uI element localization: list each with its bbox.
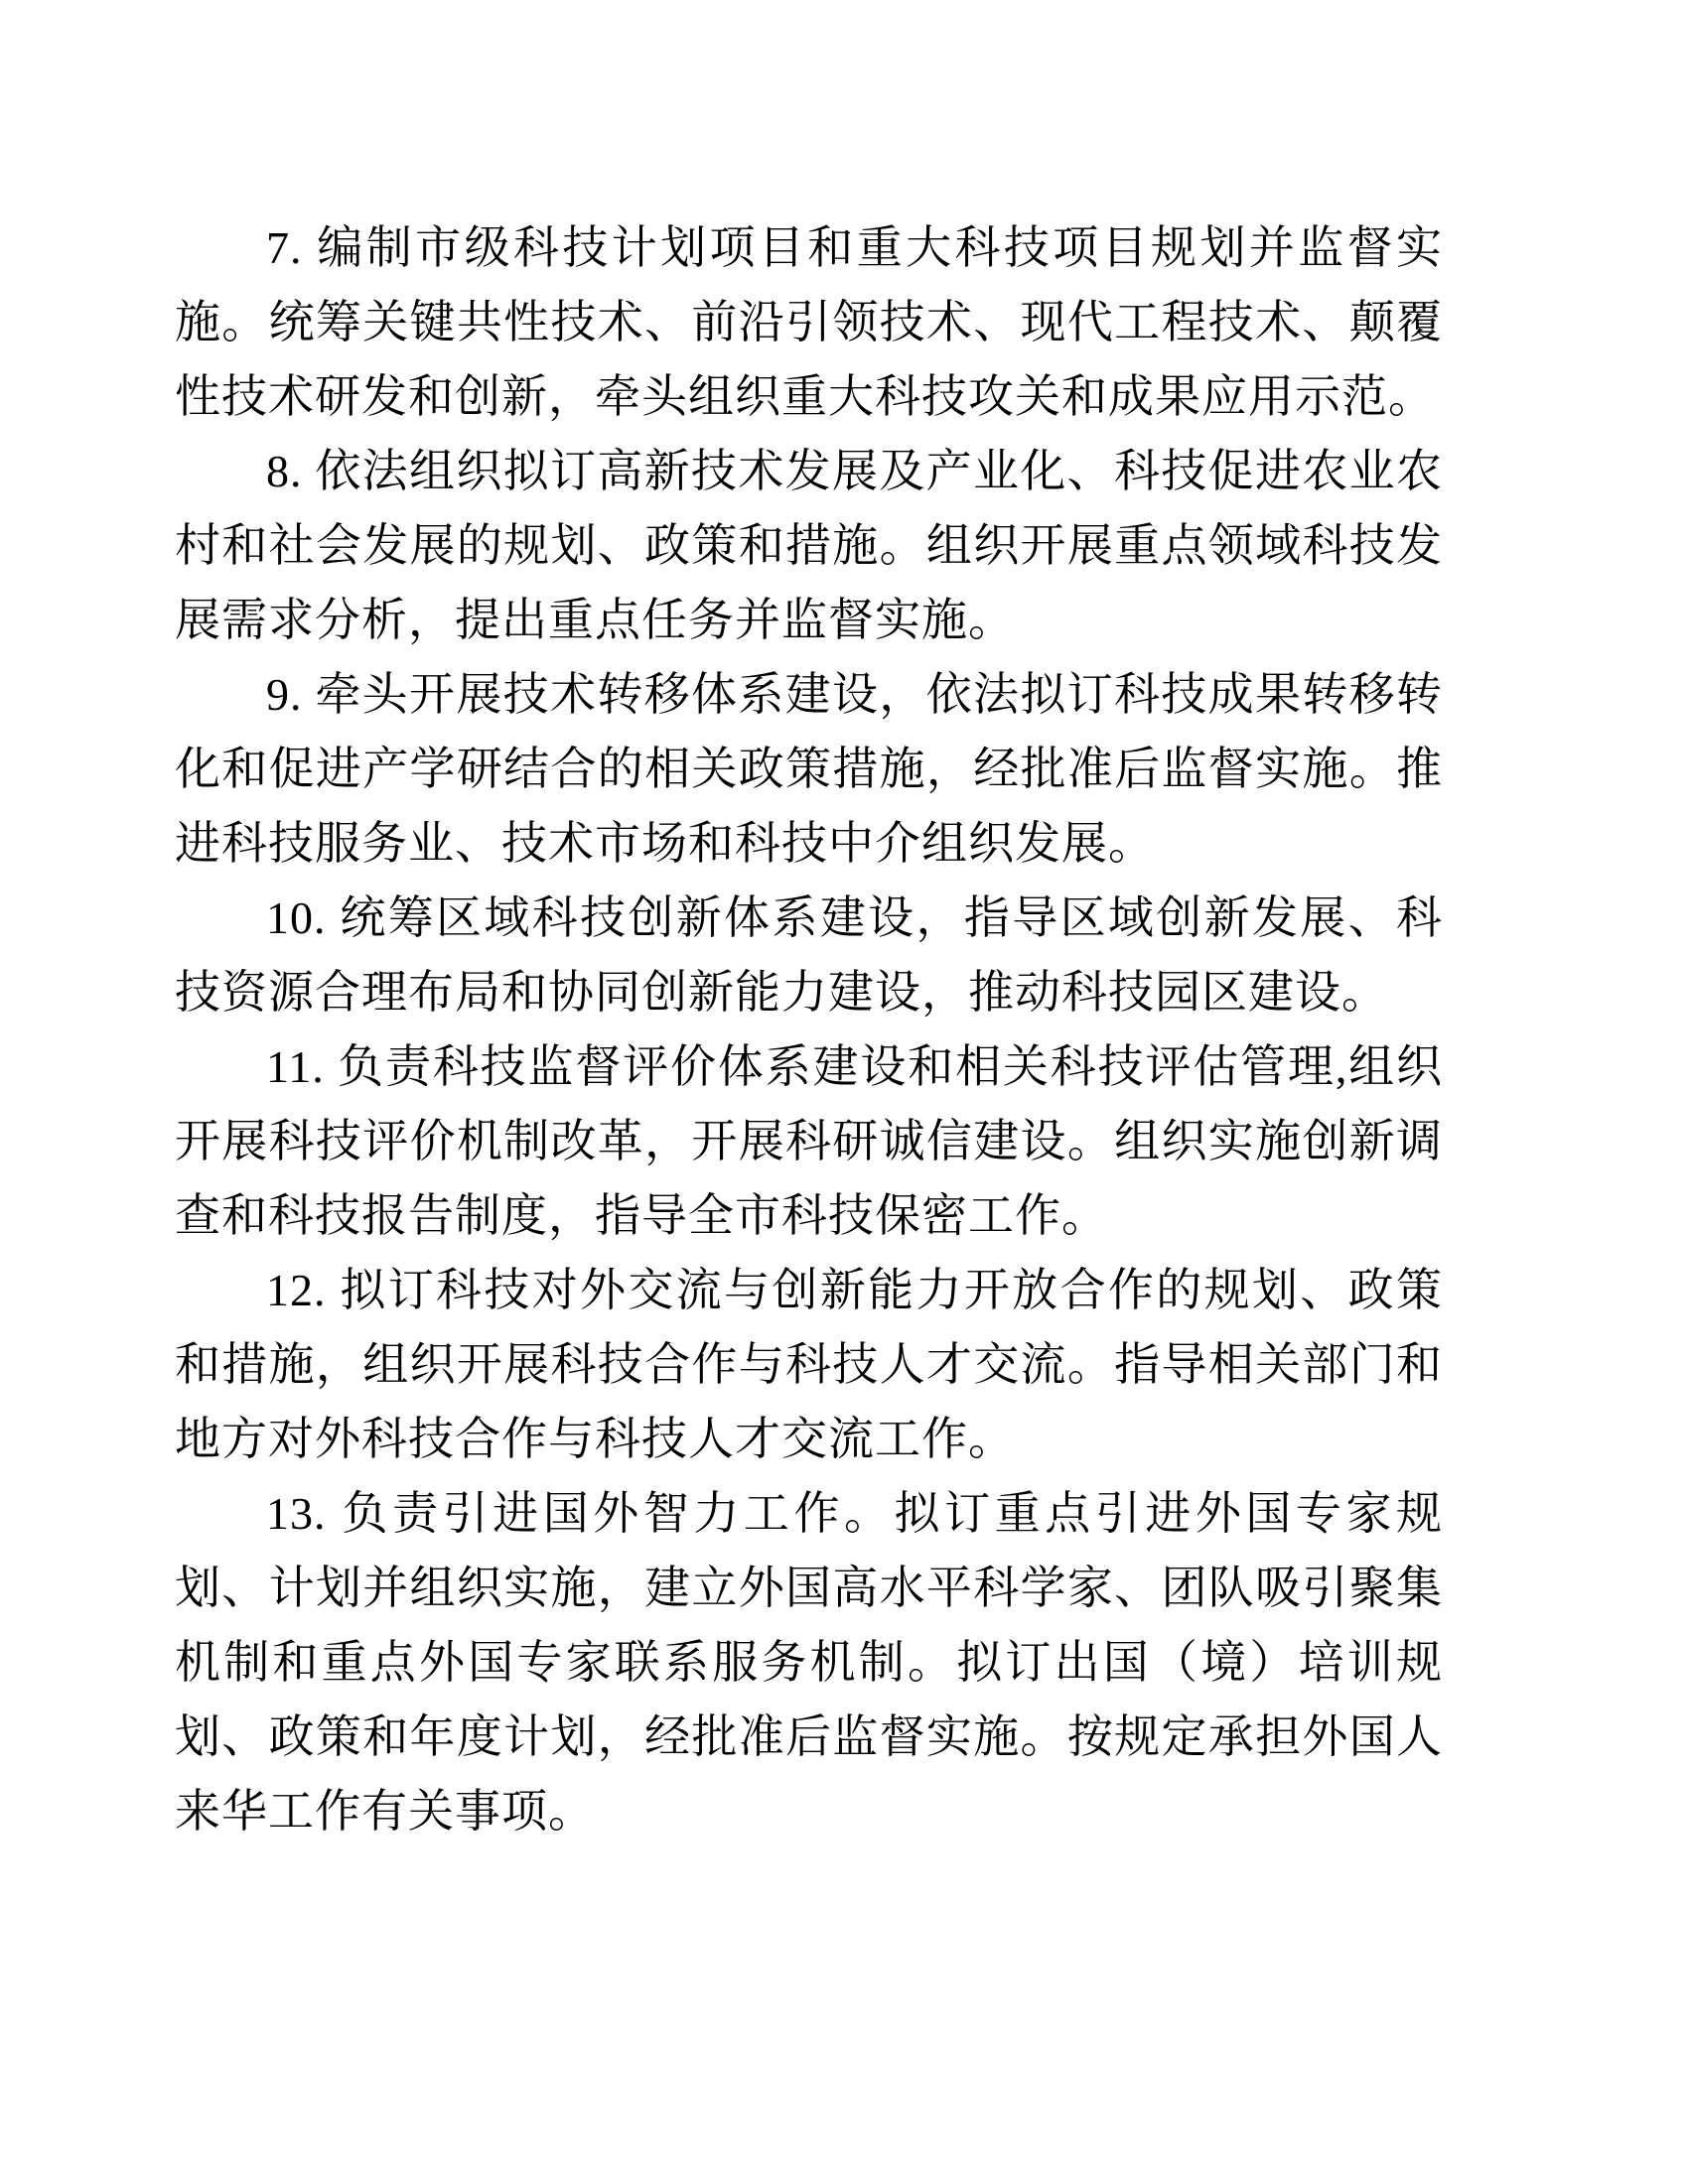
- paragraph-11: 11. 负责科技监督评价体系建设和相关科技评估管理,组织开展科技评价机制改革，开…: [175, 1029, 1443, 1253]
- paragraph-7: 7. 编制市级科技计划项目和重大科技项目规划并监督实施。统筹关键共性技术、前沿引…: [175, 210, 1443, 434]
- paragraph-9: 9. 牵头开展技术转移体系建设，依法拟订科技成果转移转化和促进产学研结合的相关政…: [175, 657, 1443, 881]
- paragraph-12: 12. 拟订科技对外交流与创新能力开放合作的规划、政策和措施，组织开展科技合作与…: [175, 1253, 1443, 1476]
- paragraph-10: 10. 统筹区域科技创新体系建设，指导区域创新发展、科技资源合理布局和协同创新能…: [175, 881, 1443, 1029]
- paragraph-13: 13. 负责引进国外智力工作。拟订重点引进外国专家规划、计划并组织实施，建立外国…: [175, 1476, 1443, 1848]
- paragraph-8: 8. 依法组织拟订高新技术发展及产业化、科技促进农业农村和社会发展的规划、政策和…: [175, 434, 1443, 657]
- document-page: 7. 编制市级科技计划项目和重大科技项目规划并监督实施。统筹关键共性技术、前沿引…: [0, 0, 1688, 2184]
- document-body-text: 7. 编制市级科技计划项目和重大科技项目规划并监督实施。统筹关键共性技术、前沿引…: [175, 210, 1443, 1848]
